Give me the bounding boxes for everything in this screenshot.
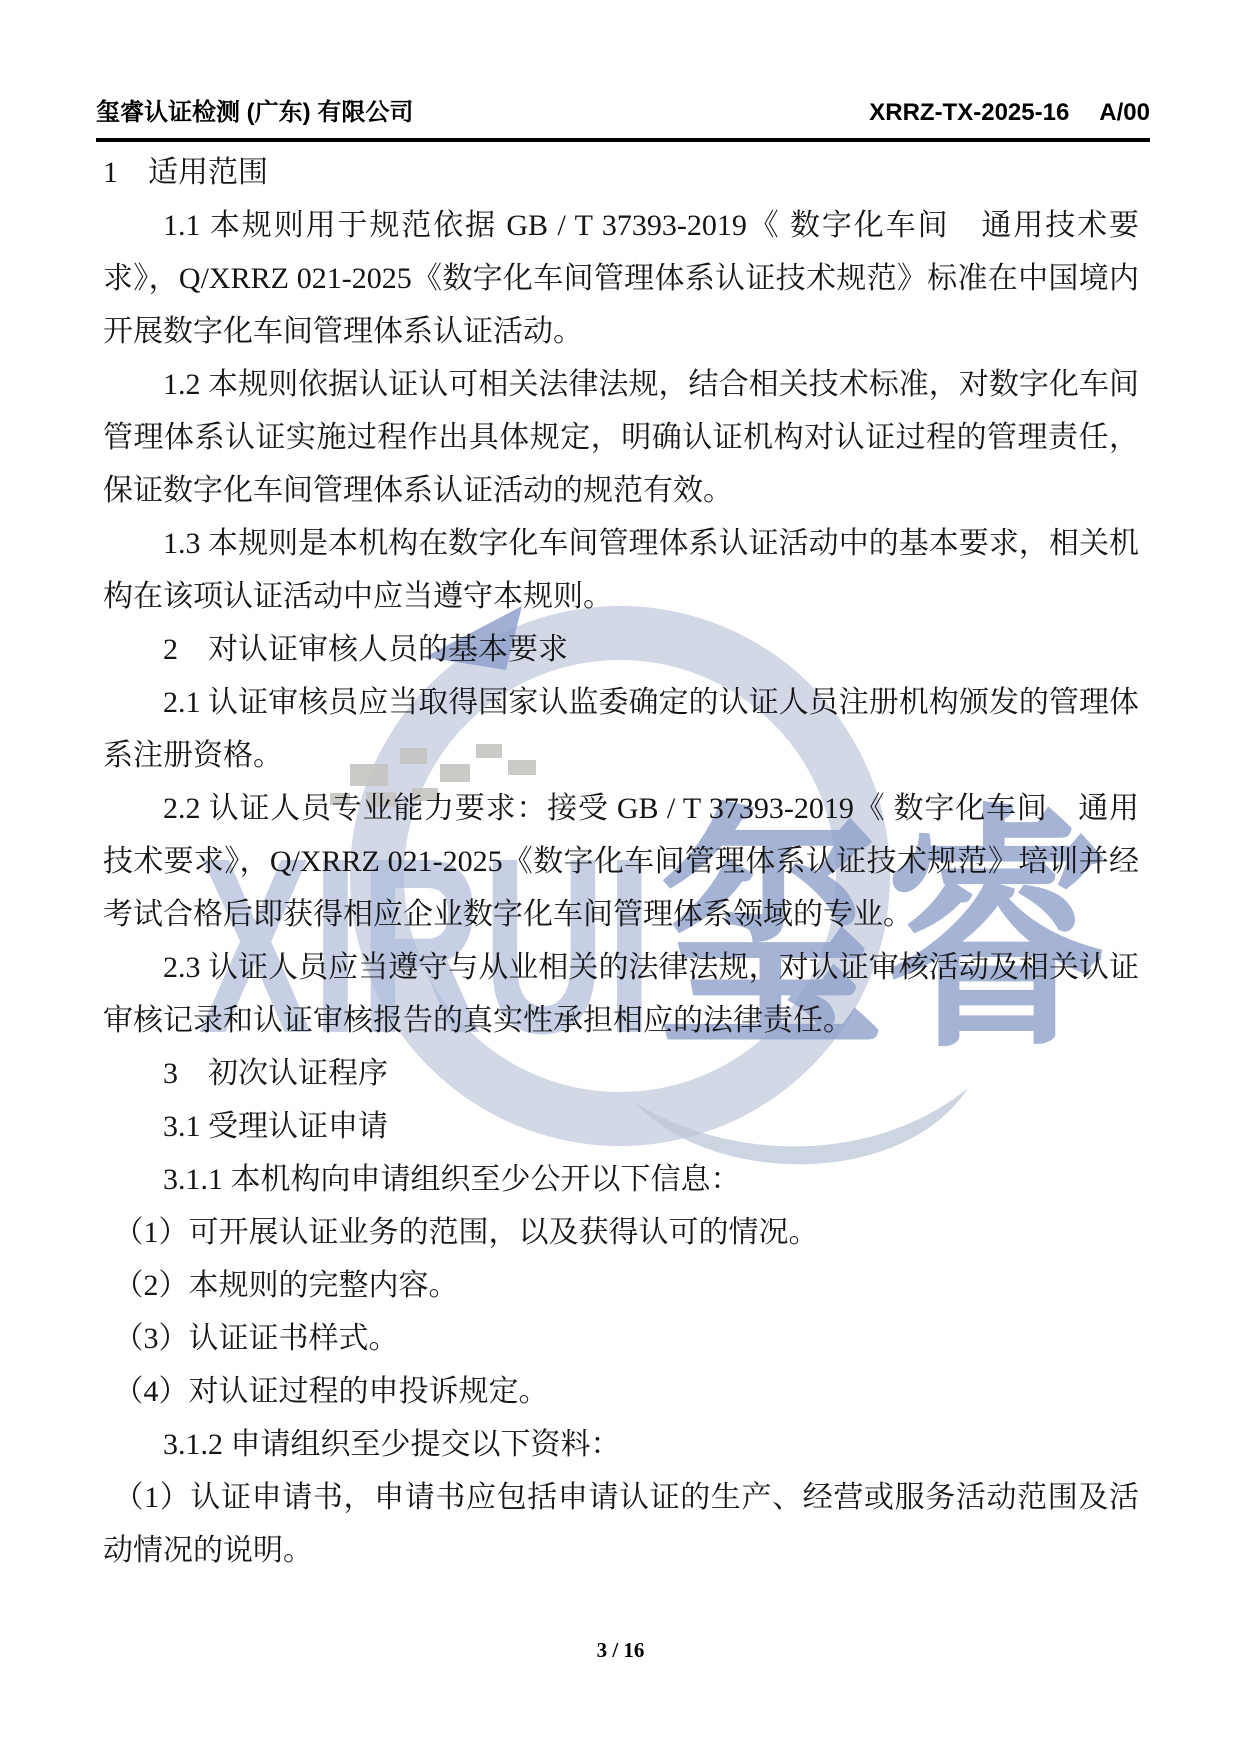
paragraph: 1 适用范围: [103, 146, 1139, 199]
paragraph: 2.3 认证人员应当遵守与从业相关的法律法规，对认证审核活动及相关认证审核记录和…: [103, 941, 1139, 1047]
paragraph: （1）可开展认证业务的范围，以及获得认可的情况。: [103, 1206, 1139, 1259]
paragraph: 3.1 受理认证申请: [103, 1100, 1139, 1153]
paragraph: 2.2 认证人员专业能力要求：接受 GB / T 37393-2019《 数字化…: [103, 782, 1139, 941]
page-header: 玺睿认证检测 (广东) 有限公司 XRRZ-TX-2025-16 A/00: [96, 92, 1150, 142]
paragraph: （1）认证申请书，申请书应包括申请认证的生产、经营或服务活动范围及活动情况的说明…: [103, 1471, 1139, 1577]
paragraph: 1.3 本规则是本机构在数字化车间管理体系认证活动中的基本要求，相关机构在该项认…: [103, 517, 1139, 623]
document-id: XRRZ-TX-2025-16 A/00: [869, 99, 1150, 127]
document-body: 1 适用范围1.1 本规则用于规范依据 GB / T 37393-2019《 数…: [103, 146, 1139, 1577]
document-page: XIRUI 玺睿 玺睿认证检测 (广东) 有限公司 XRRZ-TX-2025-1…: [0, 0, 1241, 1754]
paragraph: （3）认证证书样式。: [103, 1312, 1139, 1365]
doc-code: XRRZ-TX-2025-16: [869, 99, 1069, 127]
paragraph: （2）本规则的完整内容。: [103, 1259, 1139, 1312]
paragraph: 3.1.2 申请组织至少提交以下资料：: [103, 1418, 1139, 1471]
paragraph: 3 初次认证程序: [103, 1047, 1139, 1100]
paragraph: 2.1 认证审核员应当取得国家认监委确定的认证人员注册机构颁发的管理体系注册资格…: [103, 676, 1139, 782]
paragraph: 2 对认证审核人员的基本要求: [103, 623, 1139, 676]
page-number: 3 / 16: [0, 1638, 1241, 1663]
paragraph: 1.2 本规则依据认证认可相关法律法规，结合相关技术标准，对数字化车间管理体系认…: [103, 358, 1139, 517]
paragraph: （4）对认证过程的申投诉规定。: [103, 1365, 1139, 1418]
revision-code: A/00: [1099, 99, 1150, 127]
paragraph: 1.1 本规则用于规范依据 GB / T 37393-2019《 数字化车间 通…: [103, 199, 1139, 358]
paragraph: 3.1.1 本机构向申请组织至少公开以下信息：: [103, 1153, 1139, 1206]
company-name: 玺睿认证检测 (广东) 有限公司: [96, 92, 413, 127]
